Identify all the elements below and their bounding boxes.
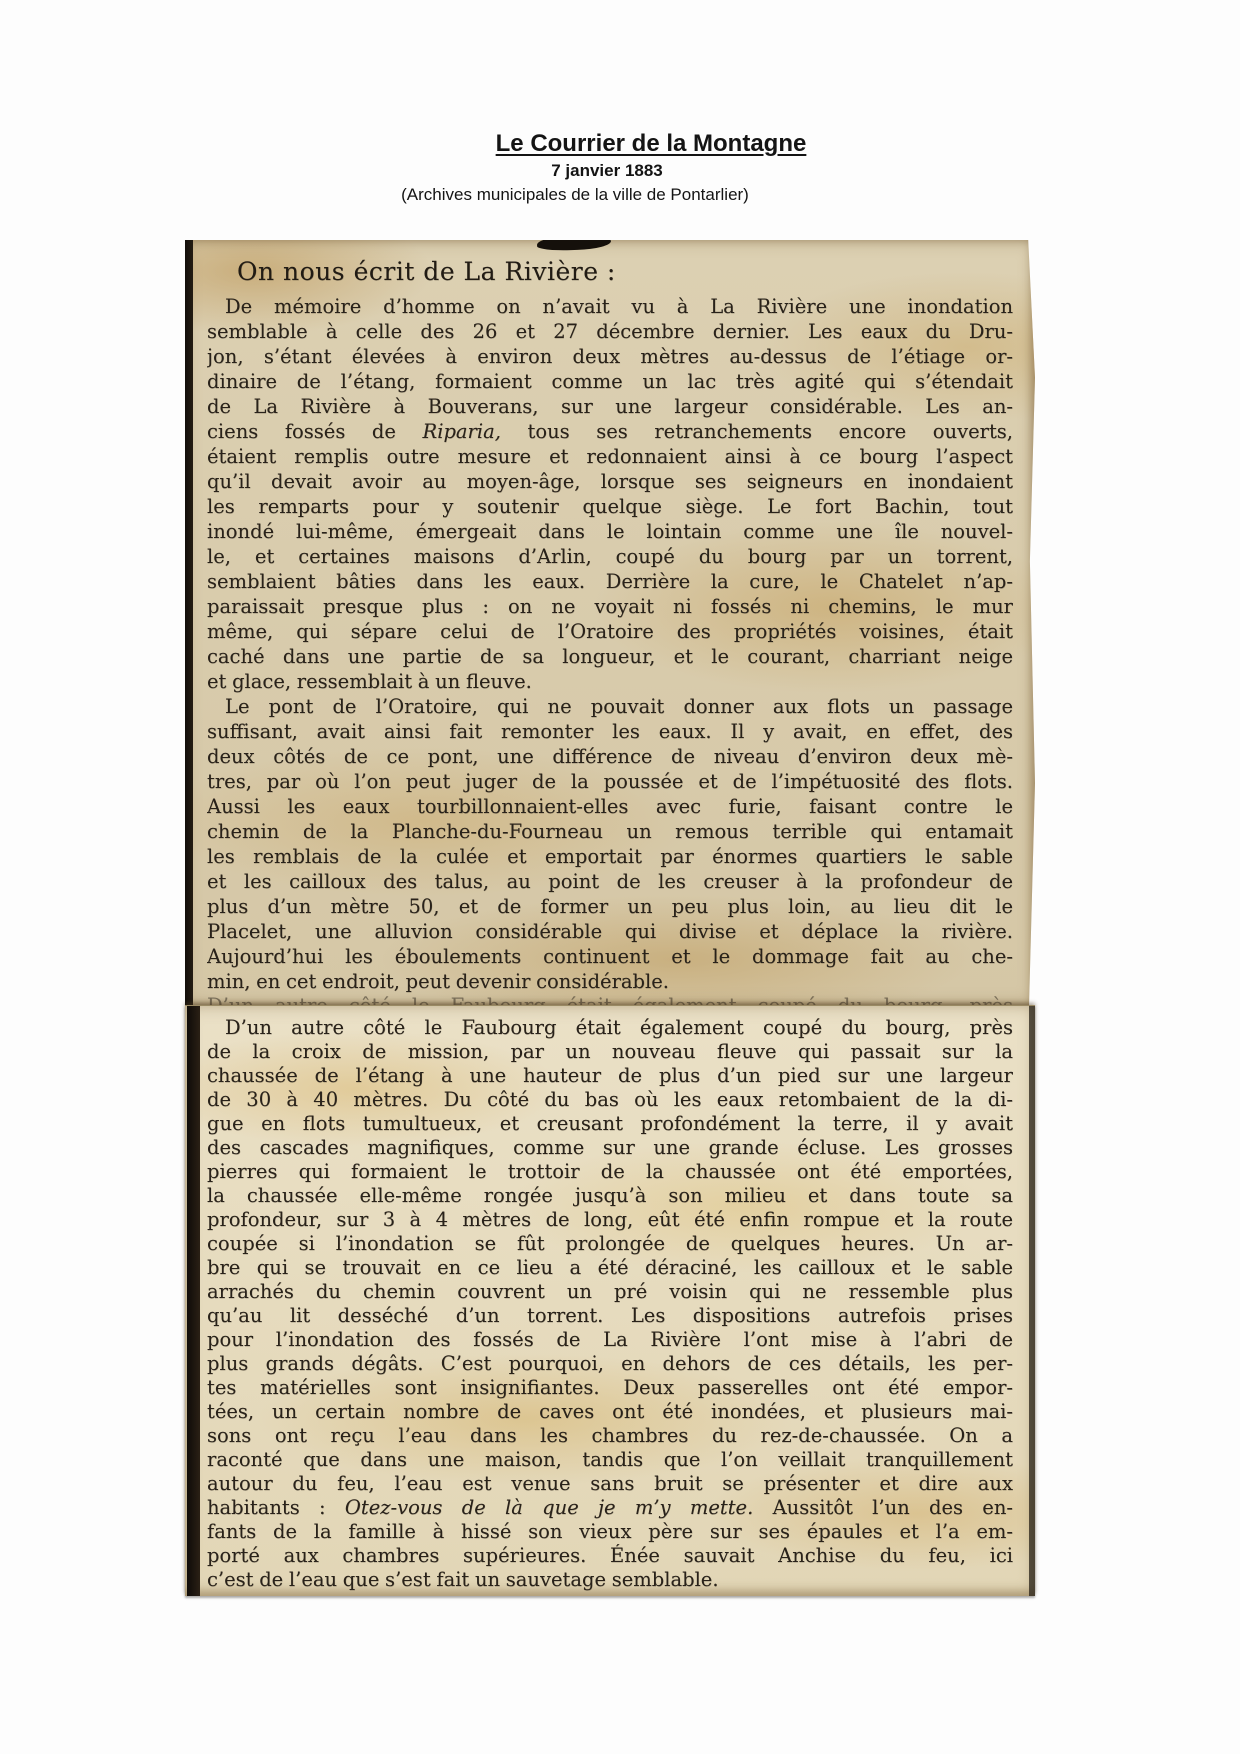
clipping-text-line: plus d’un mètre 50, et de former un peu … — [207, 894, 1013, 919]
clipping-text-line: deux côtés de ce pont, une différence de… — [207, 744, 1013, 769]
clipping-text-line: la chaussée elle-même rongée jusqu’à son… — [207, 1184, 1013, 1208]
clipping-text-line: jon, s’étant élevées à environ deux mètr… — [207, 344, 1013, 369]
clipping-text-line: de la croix de mission, par un nouveau f… — [207, 1040, 1013, 1064]
clipping-text-line: étaient remplis outre mesure et redonnai… — [207, 444, 1013, 469]
clipping-text-line: Placelet, une alluvion considérable qui … — [207, 919, 1013, 944]
clipping-text-line: les remblais de la culée et emportait pa… — [207, 844, 1013, 869]
clipping-text-line: de 30 à 40 mètres. Du côté du bas où les… — [207, 1088, 1013, 1112]
clipping-text-line: bre qui se trouvait en ce lieu a été dér… — [207, 1256, 1013, 1280]
clipping-text-line: Le pont de l’Oratoire, qui ne pouvait do… — [207, 694, 1013, 719]
clipping-text-line: et les cailloux des talus, au point de l… — [207, 869, 1013, 894]
clipping-text-line: les remparts pour y soutenir quelque siè… — [207, 494, 1013, 519]
clipping-text-bottom: D’un autre côté le Faubourg était égalem… — [207, 1016, 1013, 1592]
clipping-text-line: de La Rivière à Bouverans, sur une large… — [207, 394, 1013, 419]
clipping-strip-top: On nous écrit de La Rivière : De mémoire… — [185, 240, 1035, 1005]
clipping-text-line: pierres qui formaient le trottoir de la … — [207, 1160, 1013, 1184]
newspaper-clipping: On nous écrit de La Rivière : De mémoire… — [185, 240, 1035, 1596]
clipping-text-line: c’est de l’eau que s’est fait un sauveta… — [207, 1568, 1013, 1592]
clipping-text-line: D’un autre côté le Faubourg était égalem… — [207, 1016, 1013, 1040]
doc-title: Le Courrier de la Montagne — [31, 130, 1240, 158]
clipping-text-line: des cascades magnifiques, comme sur une … — [207, 1136, 1013, 1160]
clipping-text-line: caché dans une partie de sa longueur, et… — [207, 644, 1013, 669]
clipping-text-line: qu’au lit desséché d’un torrent. Les dis… — [207, 1304, 1013, 1328]
clipping-text-line: et glace, ressemblait à un fleuve. — [207, 669, 1013, 694]
clipping-strip-bottom: D’un autre côté le Faubourg était égalem… — [185, 1005, 1035, 1596]
clipping-text-line: pour l’inondation des fossés de La Riviè… — [207, 1328, 1013, 1352]
clipping-text-line: habitants : Otez-vous de là que je m’y m… — [207, 1496, 1013, 1520]
clipping-text-line: inondé lui-même, émergeait dans le loint… — [207, 519, 1013, 544]
clipping-text-line: chemin de la Planche-du-Fourneau un remo… — [207, 819, 1013, 844]
clipping-text-line: tes matérielles sont insignifiantes. Deu… — [207, 1376, 1013, 1400]
doc-date: 7 janvier 1883 — [0, 161, 1227, 181]
page: Le Courrier de la Montagne 7 janvier 188… — [0, 0, 1240, 1754]
clipping-text-line: chaussée de l’étang à une hauteur de plu… — [207, 1064, 1013, 1088]
clipping-text-line: profondeur, sur 3 à 4 mètres de long, eû… — [207, 1208, 1013, 1232]
clipping-text-line: Aussi les eaux tourbillonnaient-elles av… — [207, 794, 1013, 819]
clipping-text-line: Aujourd’hui les éboulements continuent e… — [207, 944, 1013, 969]
clipping-text-line: paraissait presque plus : on ne voyait n… — [207, 594, 1013, 619]
torn-paper-mark — [537, 235, 611, 252]
clipping-text-line: même, qui sépare celui de l’Oratoire des… — [207, 619, 1013, 644]
clipping-text-line: plus grands dégâts. C’est pourquoi, en d… — [207, 1352, 1013, 1376]
seam-ghost-line: D’un autre côté le Faubourg était égalem… — [207, 994, 1013, 1005]
clipping-text-top: De mémoire d’homme on n’avait vu à La Ri… — [207, 294, 1013, 994]
clipping-text-line: fants de la famille à hissé son vieux pè… — [207, 1520, 1013, 1544]
clipping-text-line: raconté que dans une maison, tandis que … — [207, 1448, 1013, 1472]
scan-edge-left-top — [185, 240, 193, 1005]
clipping-heading: On nous écrit de La Rivière : — [237, 256, 1013, 288]
clipping-text-line: autour du feu, l’eau est venue sans brui… — [207, 1472, 1013, 1496]
scan-edge-right-bottom — [1029, 1006, 1035, 1596]
clipping-text-line: coupée si l’inondation se fût prolongée … — [207, 1232, 1013, 1256]
clipping-text-line: semblaient bâties dans les eaux. Derrièr… — [207, 569, 1013, 594]
clipping-text-line: tres, par où l’on peut juger de la pouss… — [207, 769, 1013, 794]
clipping-text-line: qu’il devait avoir au moyen-âge, lorsque… — [207, 469, 1013, 494]
clipping-text-line: sons ont reçu l’eau dans les chambres du… — [207, 1424, 1013, 1448]
clipping-text-line: tées, un certain nombre de caves ont été… — [207, 1400, 1013, 1424]
scan-edge-left-bottom — [187, 1006, 200, 1596]
clipping-text-line: arrachés du chemin couvrent un pré voisi… — [207, 1280, 1013, 1304]
clipping-text-line: porté aux chambres supérieures. Énée sau… — [207, 1544, 1013, 1568]
clipping-text-line: min, en cet endroit, peut devenir consid… — [207, 969, 1013, 994]
clipping-text-line: le, et certaines maisons d’Arlin, coupé … — [207, 544, 1013, 569]
document-header: Le Courrier de la Montagne 7 janvier 188… — [0, 130, 1240, 205]
clipping-text-line: gue en flots tumultueux, et creusant pro… — [207, 1112, 1013, 1136]
clipping-text-line: dinaire de l’étang, formaient comme un l… — [207, 369, 1013, 394]
clipping-text-line: ciens fossés de Riparia, tous ses retran… — [207, 419, 1013, 444]
clipping-text-line: De mémoire d’homme on n’avait vu à La Ri… — [207, 294, 1013, 319]
doc-source: (Archives municipales de la ville de Pon… — [0, 185, 1195, 205]
clipping-text-line: semblable à celle des 26 et 27 décembre … — [207, 319, 1013, 344]
clipping-text-line: suffisant, avait ainsi fait remonter les… — [207, 719, 1013, 744]
